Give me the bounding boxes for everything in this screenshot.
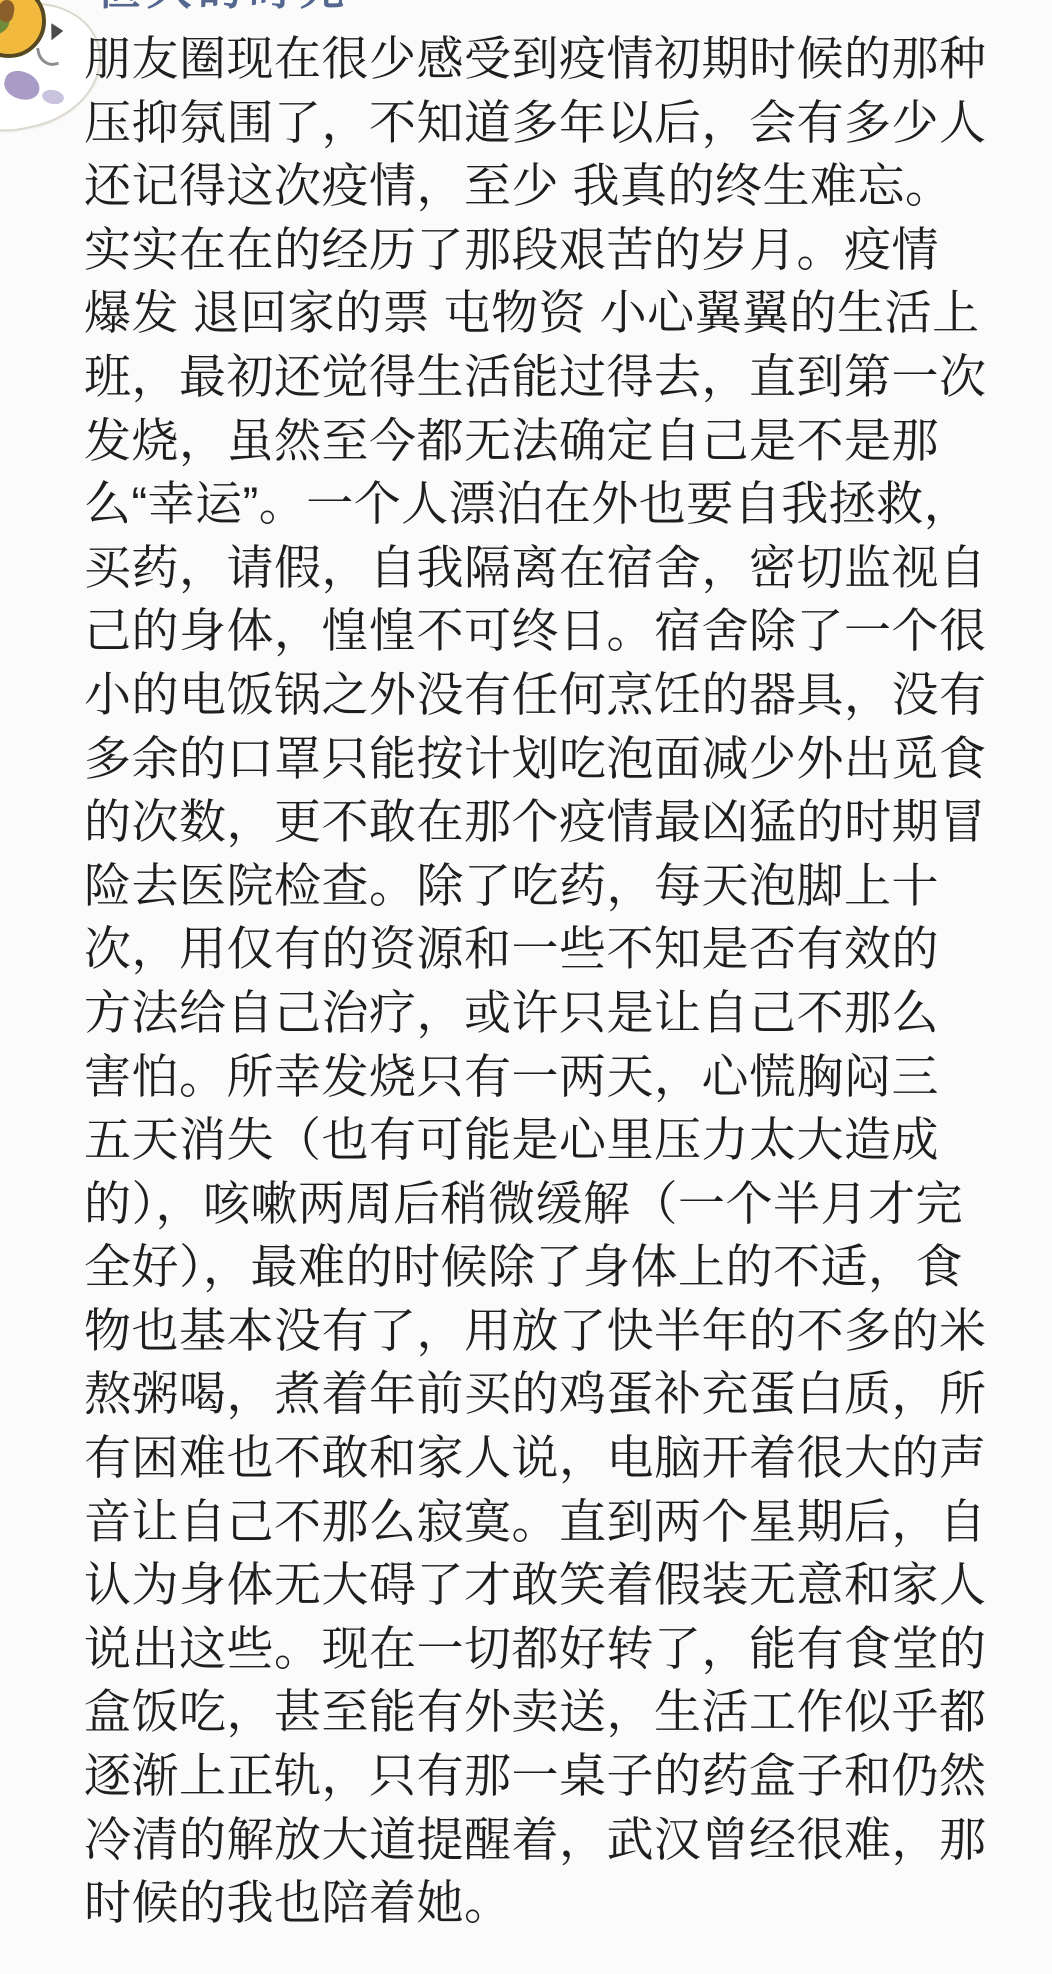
post-text-line: 多余的口罩只能按计划吃泡面减少外出觅食 [84,727,1030,791]
post-text-line: 全好），最难的时候除了身体上的不适，食 [84,1235,1030,1299]
author-name-text: 恒久的时光 [96,0,656,13]
post-text-line: 物也基本没有了，用放了快半年的不多的米 [84,1299,1030,1363]
post-text-line: 认为身体无大碍了才敢笑着假装无意和家人 [84,1553,1030,1617]
post-text-line: 险去医院检查。除了吃药，每天泡脚上十 [84,854,1030,918]
post-text-line: 方法给自己治疗，或许只是让自己不那么 [84,981,1030,1045]
post-text-line: 次，用仅有的资源和一些不知是否有效的 [84,917,1030,981]
post-text-line: 么“幸运”。一个人漂泊在外也要自我拯救， [84,472,1030,536]
post-text-line: 买药，请假，自我隔离在宿舍，密切监视自 [84,536,1030,600]
avatar-brown-detail [0,0,16,23]
post-text-line: 说出这些。现在一切都好转了，能有食堂的 [84,1617,1030,1681]
post-text-line: 音让自己不那么寂寞。直到两个星期后，自 [84,1490,1030,1554]
post-text-line: 熬粥喝，煮着年前买的鸡蛋补充蛋白质，所 [84,1362,1030,1426]
post-text-line: 己的身体，惶惶不可终日。宿舍除了一个很 [84,599,1030,663]
post-text-line: 小的电饭锅之外没有任何烹饪的器具，没有 [84,663,1030,727]
post-text-line: 发烧，虽然至今都无法确定自己是不是那 [84,409,1030,473]
post-text-line: 害怕。所幸发烧只有一两天，心慌胸闷三 [84,1045,1030,1109]
post-text-line: 班，最初还觉得生活能过得去，直到第一次 [84,345,1030,409]
post-text-line: 有困难也不敢和家人说，电脑开着很大的声 [84,1426,1030,1490]
post-text-line: 爆发 退回家的票 屯物资 小心翼翼的生活上 [84,281,1030,345]
post-text-line: 的次数，更不敢在那个疫情最凶猛的时期冒 [84,790,1030,854]
post-text-line: 逐渐上正轨，只有那一桌子的药盒子和仍然 [84,1744,1030,1808]
post-text-line: 朋友圈现在很少感受到疫情初期时候的那种 [84,27,1030,91]
post-text-line: 盒饭吃，甚至能有外卖送，生活工作似乎都 [84,1680,1030,1744]
post-text-line: 实实在在的经历了那段艰苦的岁月。疫情 [84,218,1030,282]
post-text-line: 冷清的解放大道提醒着，武汉曾经很难，那 [84,1808,1030,1872]
post-text-line: 的），咳嗽两周后稍微缓解（一个半月才完 [84,1172,1030,1236]
author-name[interactable]: 恒久的时光 [96,0,656,15]
post-text-line: 还记得这次疫情，至少 我真的终生难忘。 [84,154,1030,218]
post-text-line: 时候的我也陪着她。 [84,1871,1030,1935]
post-text-line: 压抑氛围了，不知道多年以后，会有多少人 [84,91,1030,155]
post-text-line: 五天消失（也有可能是心里压力太大造成 [84,1108,1030,1172]
post-text: 朋友圈现在很少感受到疫情初期时候的那种压抑氛围了，不知道多年以后，会有多少人还记… [84,27,1030,1935]
